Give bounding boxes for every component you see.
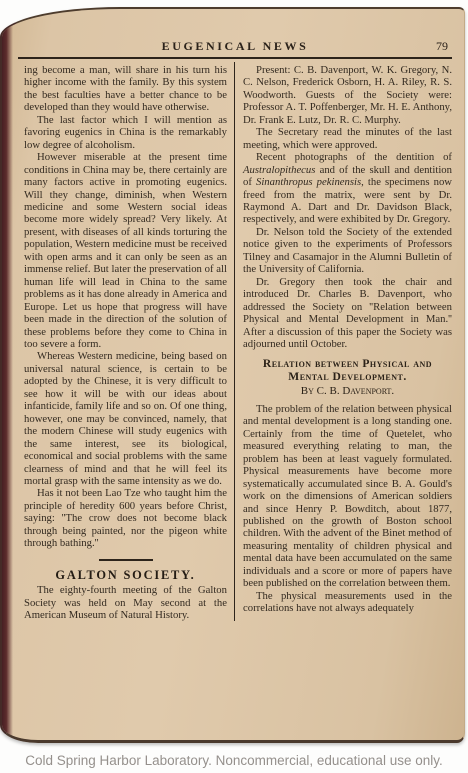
paragraph: Present: C. B. Davenport, W. K. Gregory,… [243,64,452,126]
paragraph: The eighty-fourth meeting of the Galton … [24,584,227,621]
right-column: Present: C. B. Davenport, W. K. Gregory,… [235,62,452,621]
text-run: Recent photographs of the dentition of [256,151,452,163]
paragraph: ing become a man, will share in his turn… [24,64,227,114]
italic-genus-name: Australopithecus [243,164,315,176]
header-rule [18,57,452,59]
paragraph: Dr. Gregory then took the chair and intr… [243,276,452,351]
paragraph: The problem of the relation between phys… [243,403,452,590]
left-column: ing become a man, will share in his turn… [18,62,235,621]
attribution-caption: Cold Spring Harbor Laboratory. Noncommer… [0,753,468,768]
running-head: EUGENICAL NEWS 79 [18,39,452,56]
page-content: EUGENICAL NEWS 79 ing become a man, will… [18,39,452,736]
section-heading-galton-society: GALTON SOCIETY. [24,569,227,581]
page-binding-shadow [2,9,13,740]
paragraph: Whereas Western medicine, being based on… [24,350,227,487]
paragraph: Dr. Nelson told the Society of the exten… [243,226,452,276]
italic-species-name: Sinanthropus pekinensis [256,176,361,188]
paragraph: Has it not been Lao Tze who taught him t… [24,487,227,549]
paragraph: The physical measurements used in the co… [243,590,452,615]
paragraph: The Secretary read the minutes of the la… [243,126,452,151]
section-separator-rule [99,559,153,561]
paragraph: However miserable at the present time co… [24,151,227,350]
article-byline: By C. B. Davenport. [243,385,452,397]
scanned-page-viewer: EUGENICAL NEWS 79 ing become a man, will… [0,0,468,773]
two-column-text: ing become a man, will share in his turn… [18,62,452,621]
journal-title: EUGENICAL NEWS [162,39,309,54]
page-number: 79 [436,39,448,54]
paragraph: The last factor which I will mention as … [24,114,227,151]
article-heading: Relation between Physical and Mental Dev… [245,357,450,383]
paragraph-with-italics: Recent photographs of the dentition of A… [243,151,452,226]
book-page: EUGENICAL NEWS 79 ing become a man, will… [0,7,465,743]
